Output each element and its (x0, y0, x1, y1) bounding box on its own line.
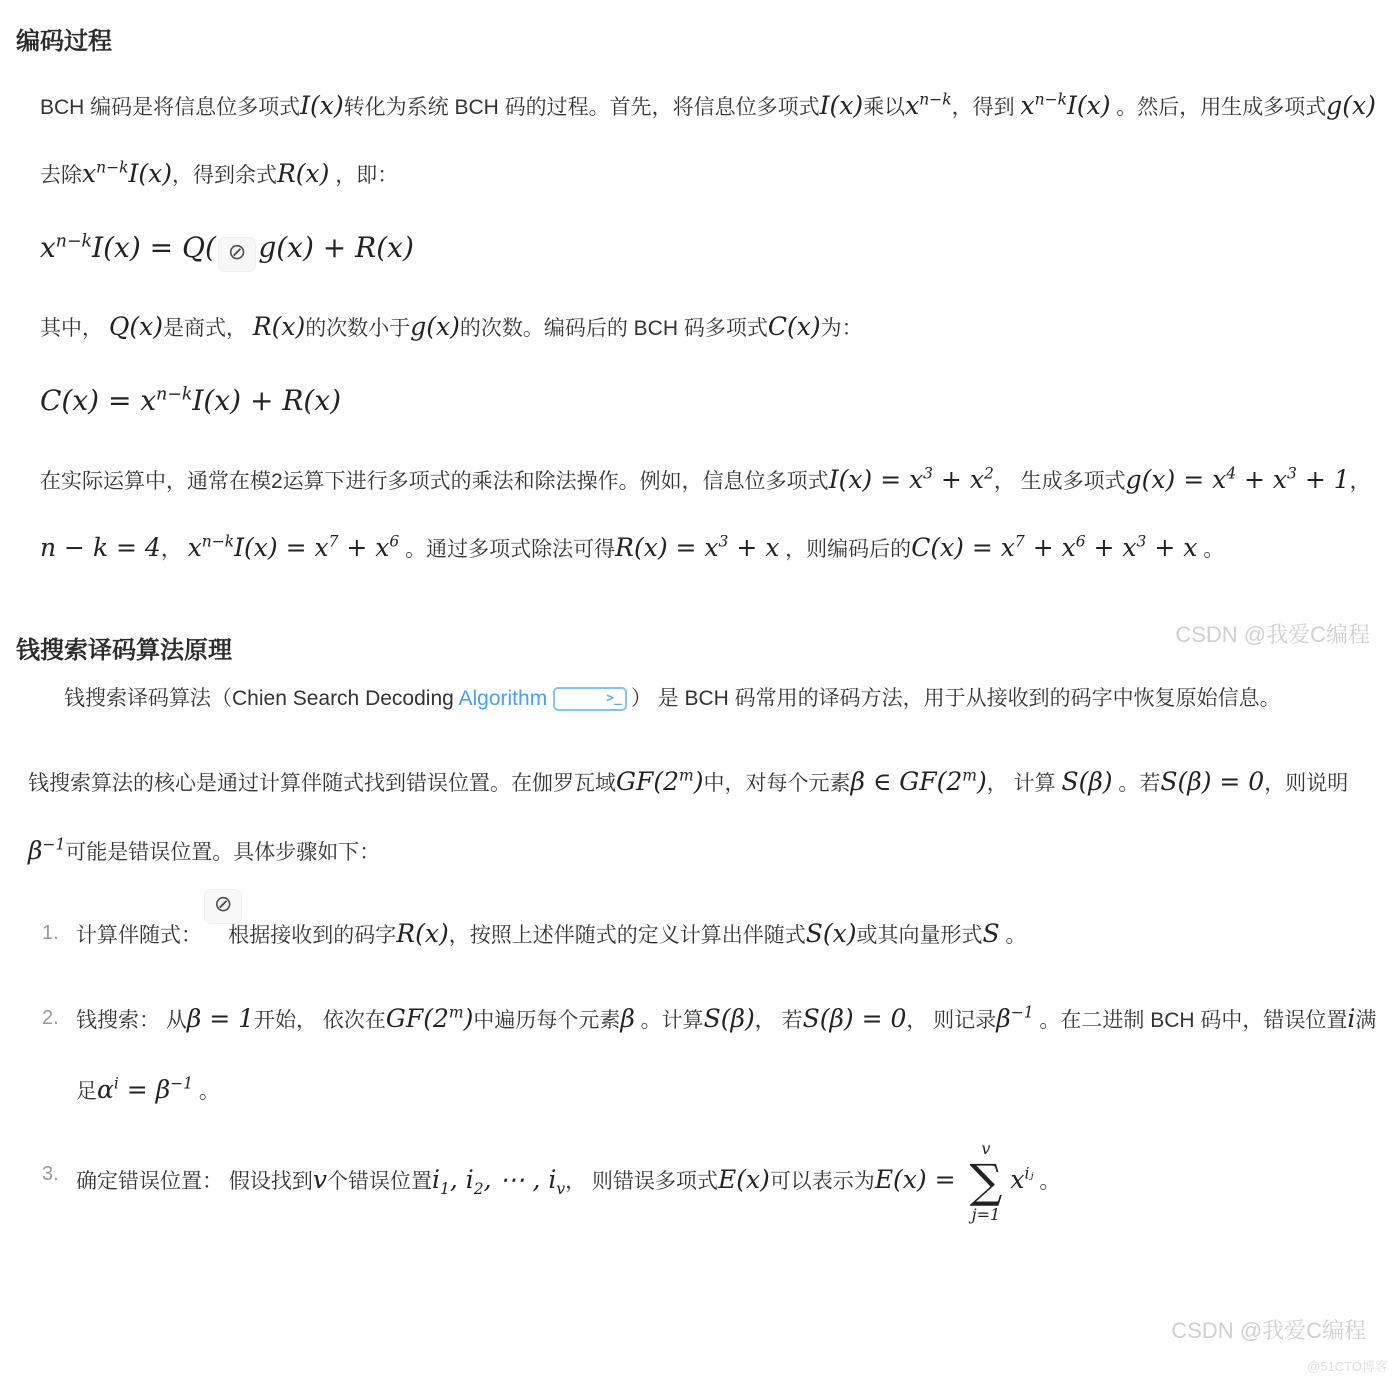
article-page: 编码过程 BCH 编码是将信息位多项式I(x)转化为系统 BCH 码的过程。首先… (0, 0, 1400, 1384)
algorithm-link[interactable]: Algorithm (458, 687, 547, 710)
list-item-step-3: 3. 确定错误位置： 假设找到v个错误位置i1, i2, ⋯ , iv， 则错误… (40, 1141, 1384, 1223)
chien-steps-list: 1. 计算伴随式：⊘ 根据接收到的码字R(x)，按照上述伴随式的定义计算出伴随式… (40, 900, 1384, 1223)
section-heading-encoding-process: 编码过程 (16, 0, 1384, 57)
summation-symbol: v∑j=1 (970, 1141, 1003, 1223)
list-marker-1: 1. (42, 900, 59, 967)
formula-polynomial-division: xn−kI(x) = Q(⊘g(x) + R(x) (40, 215, 1384, 284)
watermark-csdn-top: CSDN @我爱C编程 (1175, 618, 1370, 649)
list-item-step-2-text: 钱搜索： 从β = 1开始， 依次在GF(2m)中遍历每个元素β 。计算S(β)… (76, 1009, 1376, 1103)
paragraph-chien-core: 钱搜索算法的核心是通过计算伴随式找到错误位置。在伽罗瓦域GF(2m)中，对每个元… (28, 748, 1384, 886)
list-item-step-2: 2. 钱搜索： 从β = 1开始， 依次在GF(2m)中遍历每个元素β 。计算S… (40, 985, 1384, 1127)
list-item-step-1-text: 计算伴随式：⊘ 根据接收到的码字R(x)，按照上述伴随式的定义计算出伴随式S(x… (76, 924, 1026, 947)
list-marker-2: 2. (42, 985, 59, 1052)
paragraph-quotient-remainder: 其中， Q(x)是商式， R(x)的次数小于g(x)的次数。编码后的 BCH 码… (40, 294, 1384, 362)
list-item-step-1: 1. 计算伴随式：⊘ 根据接收到的码字R(x)，按照上述伴随式的定义计算出伴随式… (40, 900, 1384, 971)
list-marker-3: 3. (42, 1141, 59, 1208)
paragraph-encoding-intro: BCH 编码是将信息位多项式I(x)转化为系统 BCH 码的过程。首先，将信息位… (40, 73, 1384, 209)
terminal-link-icon: >_ (553, 687, 627, 711)
formula-codeword: C(x) = xn−kI(x) + R(x) (40, 368, 1384, 437)
watermark-51cto: @51CTO博客 (1307, 1356, 1388, 1375)
blocked-image-icon: ⊘ (204, 889, 242, 923)
paragraph-mod2-example: 在实际运算中，通常在模2运算下进行多项式的乘法和除法操作。例如，信息位多项式I(… (40, 447, 1384, 583)
list-item-step-3-text: 确定错误位置： 假设找到v个错误位置i1, i2, ⋯ , iv， 则错误多项式… (76, 1170, 1060, 1193)
blocked-image-icon: ⊘ (218, 237, 256, 271)
watermark-csdn-bottom: CSDN @我爱C编程 (1171, 1314, 1366, 1345)
paragraph-chien-intro: 钱搜索译码算法（Chien Search Decoding Algorithm>… (16, 680, 1384, 718)
